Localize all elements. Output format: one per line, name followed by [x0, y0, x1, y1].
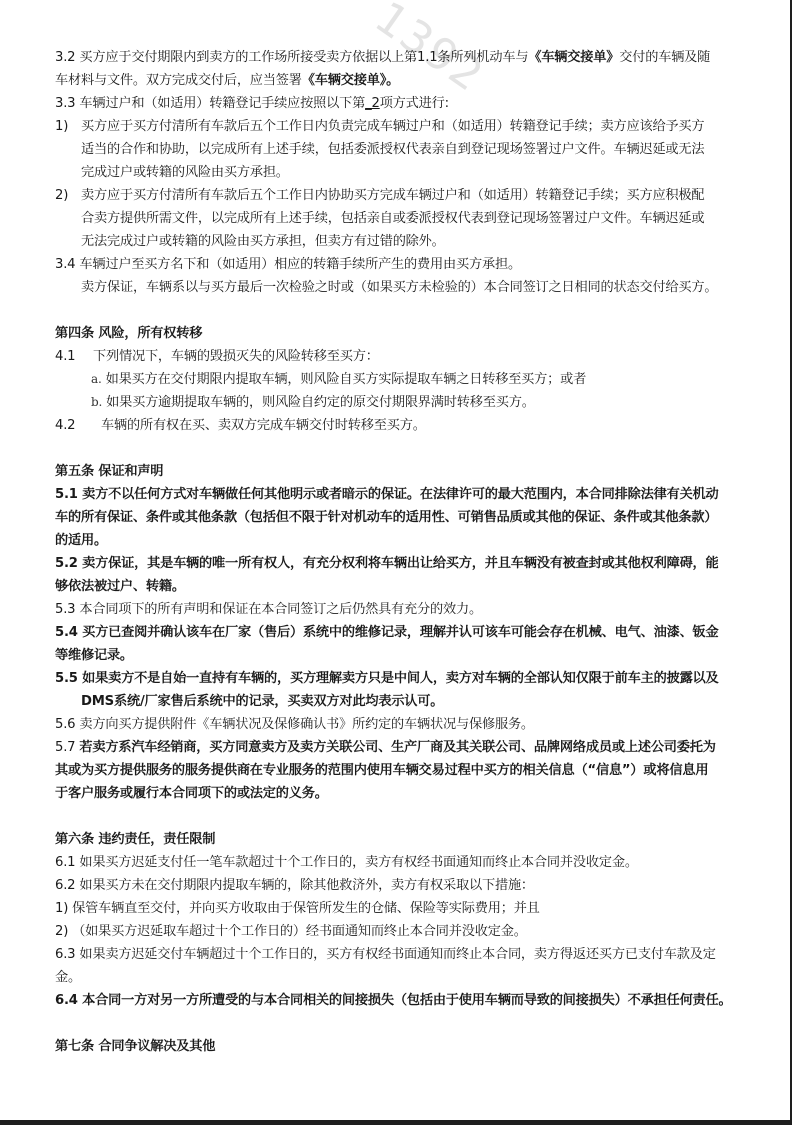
clause-3-3-item-1-line-2: 适当的合作和协助，以完成所有上述手续，包括委派授权代表亲自到登记现场签署过户文件…: [55, 138, 737, 161]
clause-5-2-line-2: 够依法被过户、转籍。: [55, 575, 737, 598]
clause-6-4: 6.4 本合同一方对另一方所遭受的与本合同相关的间接损失（包括由于使用车辆而导致…: [55, 989, 737, 1012]
clause-3-4-warranty: 卖方保证，车辆系以与买方最后一次检验之时或（如果买方未检验的）本合同签订之日相同…: [55, 276, 737, 299]
clause-5-7-line-3: 于客户服务或履行本合同项下的或法定的义务。: [55, 782, 737, 805]
clause-6-2-item-2: 2) （如果买方迟延取车超过十个工作日的）经书面通知而终止本合同并没收定金。: [55, 920, 737, 943]
clause-6-1: 6.1 如果买方迟延支付任一笔车款超过十个工作日的，卖方有权经书面通知而终止本合…: [55, 851, 737, 874]
clause-5-1-line-2: 车的所有保证、条件或其他条款（包括但不限于针对机动车的适用性、可销售品质或其他的…: [55, 506, 737, 529]
viewer-edge-bottom: [0, 1120, 792, 1125]
clause-5-4-line-2: 等维修记录。: [55, 644, 737, 667]
clause-3-3-item-2-line-2: 合卖方提供所需文件，以完成所有上述手续，包括亲自或委派授权代表到登记现场签署过户…: [55, 207, 737, 230]
clause-5-1-line-3: 的适用。: [55, 529, 737, 552]
clause-3-3-item-1-line-3: 完成过户或转籍的风险由买方承担。: [55, 161, 737, 184]
clause-3-2-line-2: 车材料与文件。双方完成交付后，应当签署《车辆交接单》。: [55, 69, 737, 92]
clause-5-6: 5.6 卖方向买方提供附件《车辆状况及保修确认书》所约定的车辆状况与保修服务。: [55, 713, 737, 736]
article-5-title: 第五条 保证和声明: [55, 460, 737, 483]
clause-3-2-line-1: 3.2 买方应于交付期限内到卖方的工作场所接受卖方依据以上第1.1条所列机动车与…: [55, 46, 737, 69]
clause-5-5-line-2: DMS系统/厂家售后系统中的记录，买卖双方对此均表示认可。: [55, 690, 737, 713]
clause-6-2: 6.2 如果买方未在交付期限内提取车辆的，除其他救济外，卖方有权采取以下措施：: [55, 874, 737, 897]
clause-3-4: 3.4 车辆过户至买方名下和（如适用）相应的转籍手续所产生的费用由买方承担。: [55, 253, 737, 276]
clause-5-5-line-1: 5.5 如果卖方不是自始一直持有车辆的，买方理解卖方只是中间人，卖方对车辆的全部…: [55, 667, 737, 690]
clause-6-3-line-1: 6.3 如果卖方迟延交付车辆超过十个工作日的，买方有权经书面通知而终止本合同，卖…: [55, 943, 737, 966]
clause-3-3-item-1-line-1: 1)买方应于买方付清所有车款后五个工作日内负责完成车辆过户和（如适用）转籍登记手…: [55, 115, 737, 138]
clause-5-7-line-1: 5.7 若卖方系汽车经销商，买方同意卖方及卖方关联公司、生产厂商及其关联公司、品…: [55, 736, 737, 759]
clause-6-3-line-2: 金。: [55, 966, 737, 989]
clause-4-1-a: a. 如果买方在交付期限内提取车辆，则风险自买方实际提取车辆之日转移至买方；或者: [55, 368, 737, 391]
clause-4-1: 4.1下列情况下，车辆的毁损灭失的风险转移至买方：: [55, 345, 737, 368]
clause-5-3: 5.3 本合同项下的所有声明和保证在本合同签订之后仍然具有充分的效力。: [55, 598, 737, 621]
clause-3-3-item-2-line-3: 无法完成过户或转籍的风险由买方承担，但卖方有过错的除外。: [55, 230, 737, 253]
document-content: 3.2 买方应于交付期限内到卖方的工作场所接受卖方依据以上第1.1条所列机动车与…: [55, 46, 737, 1058]
clause-4-1-b: b. 如果买方逾期提取车辆的，则风险自约定的原交付期限界满时转移至买方。: [55, 391, 737, 414]
document-page: 1392 3.2 买方应于交付期限内到卖方的工作场所接受卖方依据以上第1.1条所…: [0, 0, 790, 1120]
article-4-title: 第四条 风险，所有权转移: [55, 322, 737, 345]
clause-5-4-line-1: 5.4 买方已查阅并确认该车在厂家（售后）系统中的维修记录，理解并认可该车可能会…: [55, 621, 737, 644]
clause-5-2-line-1: 5.2 卖方保证，其是车辆的唯一所有权人，有充分权利将车辆出让给买方，并且车辆没…: [55, 552, 737, 575]
clause-3-3-item-2-line-1: 2)卖方应于买方付清所有车款后五个工作日内协助买方完成车辆过户和（如适用）转籍登…: [55, 184, 737, 207]
clause-5-1-line-1: 5.1 卖方不以任何方式对车辆做任何其他明示或者暗示的保证。在法律许可的最大范围…: [55, 483, 737, 506]
clause-5-7-line-2: 其或为买方提供服务的服务提供商在专业服务的范围内使用车辆交易过程中买方的相关信息…: [55, 759, 737, 782]
article-6-title: 第六条 违约责任，责任限制: [55, 828, 737, 851]
clause-6-2-item-1: 1) 保管车辆直至交付，并向买方收取由于保管所发生的仓储、保险等实际费用；并且: [55, 897, 737, 920]
clause-3-3: 3.3 车辆过户和（如适用）转籍登记手续应按照以下第_2项方式进行:: [55, 92, 737, 115]
article-7-title: 第七条 合同争议解决及其他: [55, 1035, 737, 1058]
clause-4-2: 4.2车辆的所有权在买、卖双方完成车辆交付时转移至买方。: [55, 414, 737, 437]
